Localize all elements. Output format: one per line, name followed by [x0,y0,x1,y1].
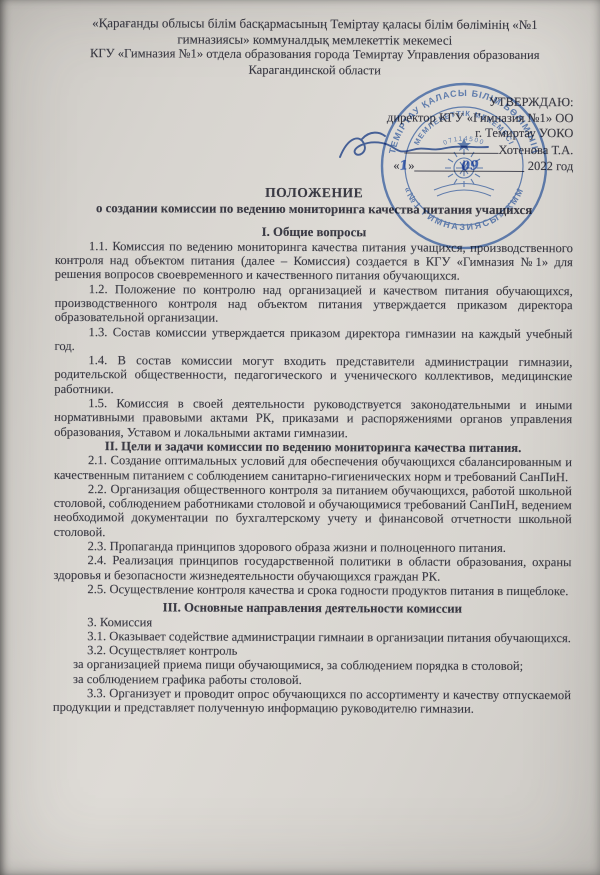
scanned-document-page: «Қарағанды облысы білім басқармасының Те… [0,0,600,875]
paragraph-3-3: 3.3. Организует и проводит опрос обучающ… [53,686,571,717]
paragraph-2-4: 2.4. Реализация принципов государственно… [53,553,571,584]
paragraph-1-5: 1.5. Комиссия в своей деятельности руков… [54,396,572,441]
stamp-emblem [434,138,494,196]
paragraph-2-2: 2.2. Организация общественного контроля … [54,482,572,541]
paragraph-1-3: 1.3. Состав комиссии утверждается приказ… [54,324,572,355]
org-name-kazakh: «Қарағанды облысы білім басқармасының Те… [84,15,546,48]
paragraph-2-1: 2.1. Создание оптимальных условий для об… [54,453,572,484]
paragraph-1-2: 1.2. Положение по контролю над организац… [55,282,573,327]
paragraph-1-4: 1.4. В состав комиссии могут входить пре… [54,353,572,398]
official-seal-stamp: ТЕМІРТАУ ҚАЛАСЫ БІЛІМ БӨЛІМІНІҢ «№1 ГИМН… [378,80,550,252]
org-name-russian: КГУ «Гимназия №1» отдела образования гор… [76,46,554,79]
paragraph-2-5: 2.5. Осуществление контроля качества и с… [53,582,571,599]
document-body: I. Общие вопросы 1.1. Комиссия по ведени… [53,224,573,716]
stamp-ring-text-bottom: «№1 ГИМНАЗИЯСЫ» КММ [402,185,526,232]
